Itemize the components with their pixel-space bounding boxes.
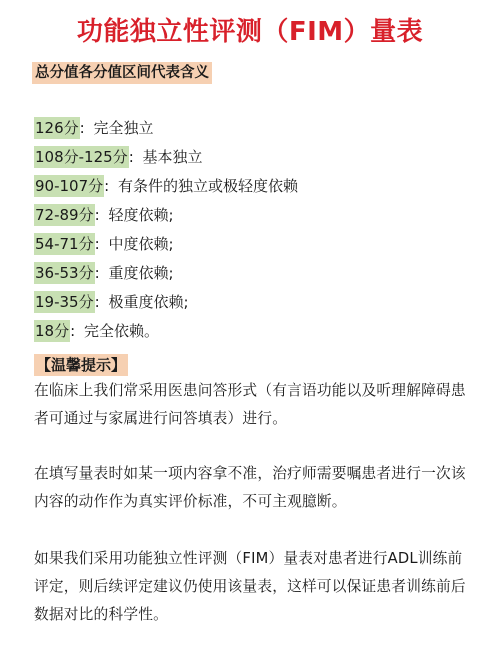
score-separator: : (95, 264, 100, 282)
tip-paragraph: 如果我们采用功能独立性评测（FIM）量表对患者进行ADL训练前评定，则后续评定建… (34, 545, 474, 629)
tip-paragraph: 在填写量表时如某一项内容拿不准，治疗师需要嘱患者进行一次该内容的动作作为真实评价… (34, 460, 474, 516)
score-meaning: 中度依赖; (108, 235, 173, 253)
score-range: 72-89分 (34, 204, 95, 226)
score-item: 72-89分: 轻度依赖; (34, 201, 298, 230)
tip-paragraph: 在临床上我们常采用医患问答形式（有言语功能以及听理解障碍患者可通过与家属进行问答… (34, 377, 474, 433)
score-item: 54-71分: 中度依赖; (34, 230, 298, 259)
page-title: 功能独立性评测（FIM）量表 (0, 14, 500, 50)
score-meaning: 重度依赖; (108, 264, 173, 282)
score-list: 126分: 完全独立 108分-125分: 基本独立 90-107分: 有条件的… (34, 114, 298, 346)
score-item: 36-53分: 重度依赖; (34, 259, 298, 288)
score-separator: : (95, 206, 100, 224)
score-meaning: 轻度依赖; (108, 206, 173, 224)
score-range: 108分-125分 (34, 146, 129, 168)
score-meaning: 基本独立 (143, 148, 203, 166)
score-meaning: 有条件的独立或极轻度依赖 (118, 177, 298, 195)
score-meaning: 完全独立 (93, 119, 153, 137)
score-range: 18分 (34, 320, 70, 342)
tip-header: 【温馨提示】 (34, 354, 128, 376)
score-item: 108分-125分: 基本独立 (34, 143, 298, 172)
section-subtitle: 总分值各分值区间代表含义 (32, 62, 212, 84)
score-range: 126分 (34, 117, 80, 139)
score-item: 18分: 完全依赖。 (34, 317, 298, 346)
score-range: 36-53分 (34, 262, 95, 284)
score-separator: : (80, 119, 85, 137)
score-meaning: 完全依赖。 (84, 322, 159, 340)
score-separator: : (70, 322, 75, 340)
score-range: 90-107分 (34, 175, 104, 197)
score-separator: : (129, 148, 134, 166)
score-item: 126分: 完全独立 (34, 114, 298, 143)
score-separator: : (104, 177, 109, 195)
score-item: 90-107分: 有条件的独立或极轻度依赖 (34, 172, 298, 201)
score-separator: : (95, 235, 100, 253)
score-separator: : (95, 293, 100, 311)
score-range: 19-35分 (34, 291, 95, 313)
score-range: 54-71分 (34, 233, 95, 255)
score-item: 19-35分: 极重度依赖; (34, 288, 298, 317)
score-meaning: 极重度依赖; (108, 293, 188, 311)
